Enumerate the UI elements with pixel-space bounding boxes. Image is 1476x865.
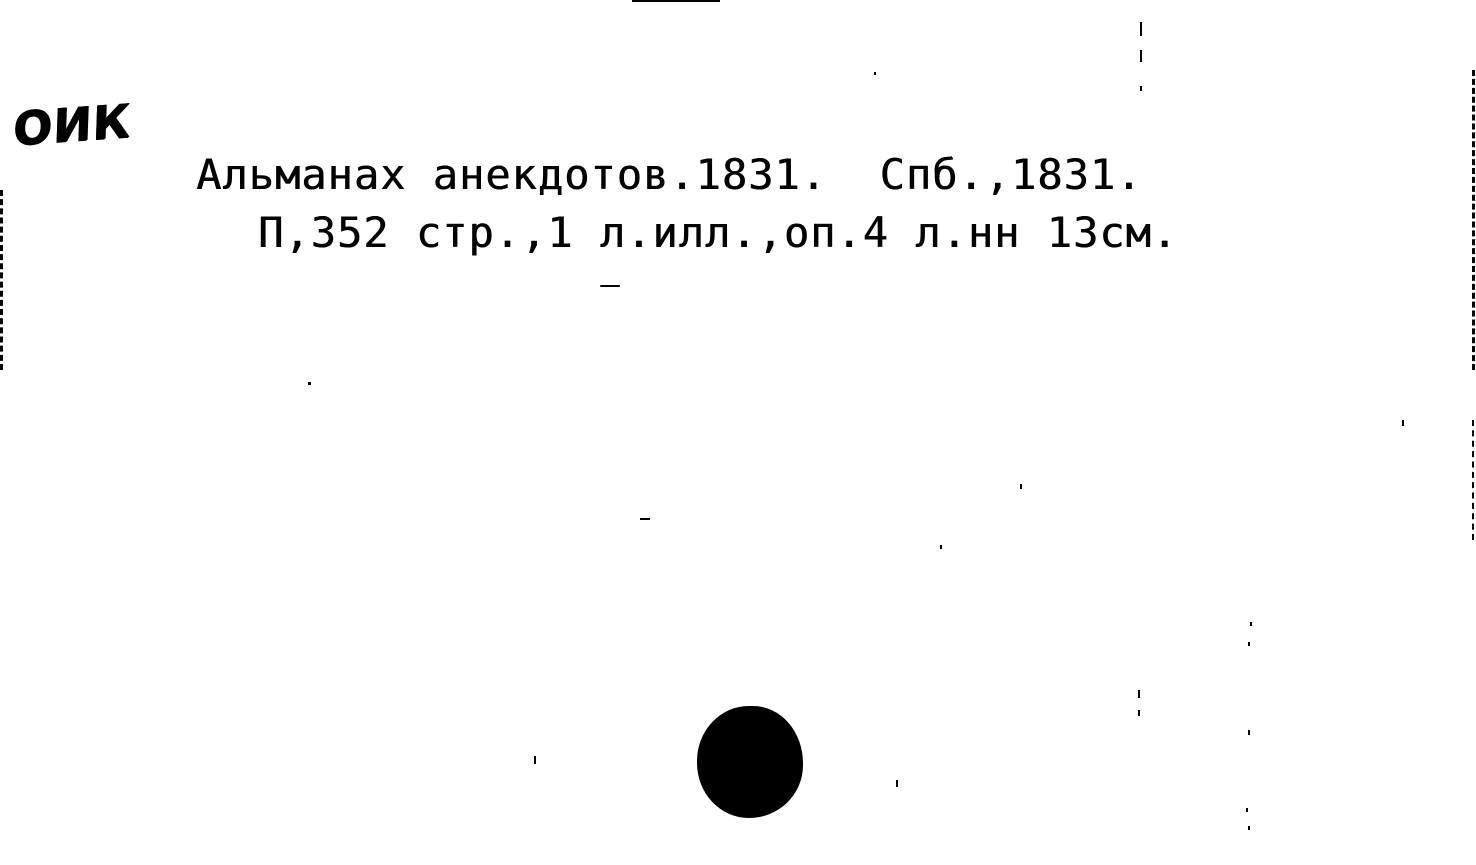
speck [1250,622,1252,626]
speck [1140,50,1142,62]
handwritten-shelfmark: ОИК [12,93,132,156]
speck [600,285,620,287]
speck [640,518,650,520]
speck [1140,86,1142,91]
card-right-edge-lower [1472,420,1476,540]
entry-line-title: Альманах анекдотов.1831. Спб.,1831. [196,150,1142,199]
catalog-card: ОИК Альманах анекдотов.1831. Спб.,1831. … [0,0,1476,865]
card-right-edge [1472,70,1476,370]
speck [1140,22,1142,36]
speck [1138,710,1140,716]
speck [1246,808,1248,812]
speck [1402,420,1404,426]
speck [1020,484,1022,489]
speck [940,545,942,549]
speck [308,382,311,385]
card-top-edge [632,0,720,2]
speck [1248,730,1250,735]
punch-hole [697,706,803,818]
entry-line-collation: П,352 стр.,1 л.илл.,оп.4 л.нн 13см. [258,208,1178,257]
speck [1138,690,1140,698]
speck [534,756,536,764]
speck [896,780,898,787]
speck [1248,826,1250,830]
speck [874,72,876,75]
speck [1248,642,1250,646]
card-left-edge [0,190,6,370]
